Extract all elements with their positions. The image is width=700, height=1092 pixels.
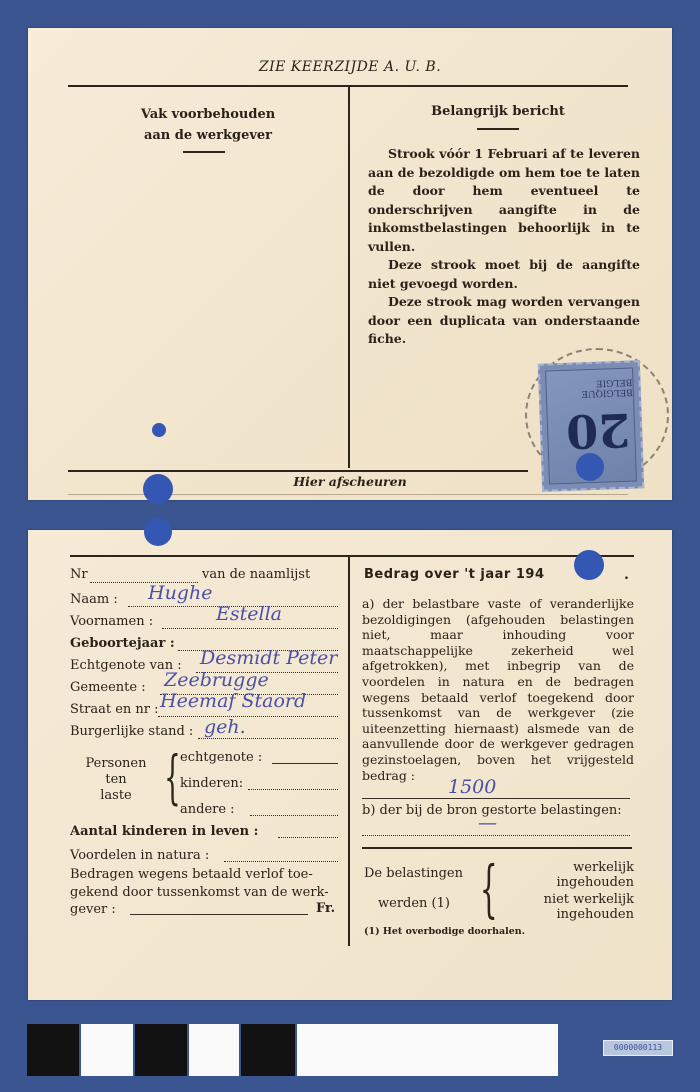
- stamp-value: 20: [565, 403, 631, 459]
- notice-text: Strook vóór 1 Februari af te leveren aan…: [368, 145, 640, 349]
- nr-label: Nr: [70, 567, 88, 582]
- option-niet-werkelijk[interactable]: niet werkelijk ingehouden: [494, 892, 634, 922]
- amount-year-suffix: .: [624, 567, 629, 583]
- top-strip-card: ZIE KEERZIJDE A. U. B. Vak voorbehouden …: [28, 28, 672, 500]
- bedragen-verlof-label: Bedragen wegens betaald verlof toe- geke…: [70, 866, 342, 919]
- scale-segment-white: [297, 1024, 558, 1076]
- notice-paragraph: Deze strook moet bij de aangifte niet ge…: [368, 256, 640, 293]
- burgerlijke-stand-value: geh.: [204, 716, 246, 738]
- personen-line1: Personen: [76, 756, 156, 772]
- straat-value: Heemaf Staord: [160, 690, 306, 712]
- geboortejaar-label: Geboortejaar :: [70, 636, 175, 651]
- inventory-tag: 0000000113: [603, 1040, 673, 1056]
- voornamen-value: Estella: [216, 603, 282, 625]
- echtgenote-value: Desmidt Peter: [200, 647, 337, 669]
- tax-form-card: Nr van de naamlijst Naam : Hughe Voornam…: [28, 530, 672, 1000]
- voornamen-field[interactable]: [162, 628, 338, 629]
- scale-segment-white: [189, 1024, 239, 1076]
- footnote: (1) Het overbodige doorhalen.: [364, 926, 525, 937]
- stamp-text: BELGIQUE BELGIE: [556, 377, 633, 400]
- employer-title-rule: [183, 151, 225, 153]
- scale-segment-white: [81, 1024, 133, 1076]
- aantal-kinderen-label: Aantal kinderen in leven :: [70, 824, 258, 839]
- tear-rule: [68, 470, 528, 472]
- punch-hole: [143, 474, 173, 504]
- section-b-field[interactable]: [362, 835, 630, 836]
- section-b-value: —: [478, 812, 497, 834]
- notice-paragraph: Strook vóór 1 Februari af te leveren aan…: [368, 145, 640, 256]
- bedragen-line3: gever :: [70, 901, 342, 919]
- notice-paragraph: Deze strook mag worden vervangen door ee…: [368, 293, 640, 349]
- straat-label: Straat en nr :: [70, 702, 159, 717]
- notice-title-rule: [477, 128, 519, 130]
- voornamen-label: Voornamen :: [70, 614, 153, 629]
- important-notice-title: Belangrijk bericht: [358, 104, 638, 119]
- amount-year-prefix: Bedrag over 't jaar 194: [364, 567, 545, 582]
- voordelen-label: Voordelen in natura :: [70, 848, 209, 863]
- werden-label: werden (1): [378, 896, 450, 911]
- tear-here-label: Hier afscheuren: [28, 474, 672, 489]
- nr-suffix: van de naamlijst: [202, 567, 310, 582]
- bedragen-line2: gekend door tussenkomst van de werk-: [70, 884, 342, 902]
- personen-line3: laste: [76, 788, 156, 804]
- aantal-kinderen-field[interactable]: [278, 837, 338, 838]
- form-center-divider: [348, 556, 350, 946]
- voordelen-field[interactable]: [224, 861, 338, 862]
- employer-box-title: Vak voorbehouden aan de werkgever: [88, 104, 328, 146]
- punch-hole: [576, 453, 604, 481]
- personen-kinderen-field[interactable]: [248, 789, 338, 790]
- punch-hole: [144, 518, 172, 546]
- naam-label: Naam :: [70, 592, 118, 607]
- center-divider: [348, 86, 350, 468]
- scale-segment-black: [241, 1024, 295, 1076]
- gemeente-label: Gemeente :: [70, 680, 146, 695]
- punch-hole: [152, 423, 166, 437]
- personen-line2: ten: [76, 772, 156, 788]
- personen-echtgenote-field[interactable]: [272, 763, 338, 764]
- section-a-value: 1500: [448, 776, 496, 798]
- section-a-text: a) der belastbare vaste of veranderlijke…: [362, 596, 634, 783]
- currency-label: Fr.: [316, 901, 335, 916]
- section-a-field[interactable]: [362, 798, 630, 799]
- personen-andere-field[interactable]: [250, 815, 338, 816]
- bedragen-line1: Bedragen wegens betaald verlof toe-: [70, 866, 342, 884]
- scale-segment-black: [27, 1024, 79, 1076]
- employer-title-line1: Vak voorbehouden: [88, 104, 328, 125]
- form-top-rule: [70, 555, 634, 557]
- burgerlijke-stand-field[interactable]: [198, 738, 338, 739]
- brace-icon: {: [164, 748, 181, 806]
- employer-title-line2: aan de werkgever: [88, 125, 328, 146]
- punch-hole: [574, 550, 604, 580]
- option-werkelijk[interactable]: werkelijk ingehouden: [494, 860, 634, 890]
- belastingen-label: De belastingen: [364, 866, 463, 881]
- scale-segment-black: [135, 1024, 187, 1076]
- section-divider-rule: [362, 847, 632, 849]
- amount-year-title: Bedrag over 't jaar 194: [364, 567, 545, 582]
- straat-field[interactable]: [158, 716, 338, 717]
- gemeente-value: Zeebrugge: [164, 669, 269, 691]
- personen-andere-label: andere :: [180, 802, 235, 817]
- personen-ten-laste-label: Personen ten laste: [76, 756, 156, 804]
- personen-echtgenote-label: echtgenote :: [180, 750, 262, 765]
- naam-value: Hughe: [148, 582, 212, 604]
- personen-kinderen-label: kinderen:: [180, 776, 243, 791]
- bedragen-verlof-field[interactable]: [130, 914, 308, 915]
- see-reverse-header: ZIE KEERZIJDE A. U. B.: [28, 59, 672, 75]
- burgerlijke-stand-label: Burgerlijke stand :: [70, 724, 193, 739]
